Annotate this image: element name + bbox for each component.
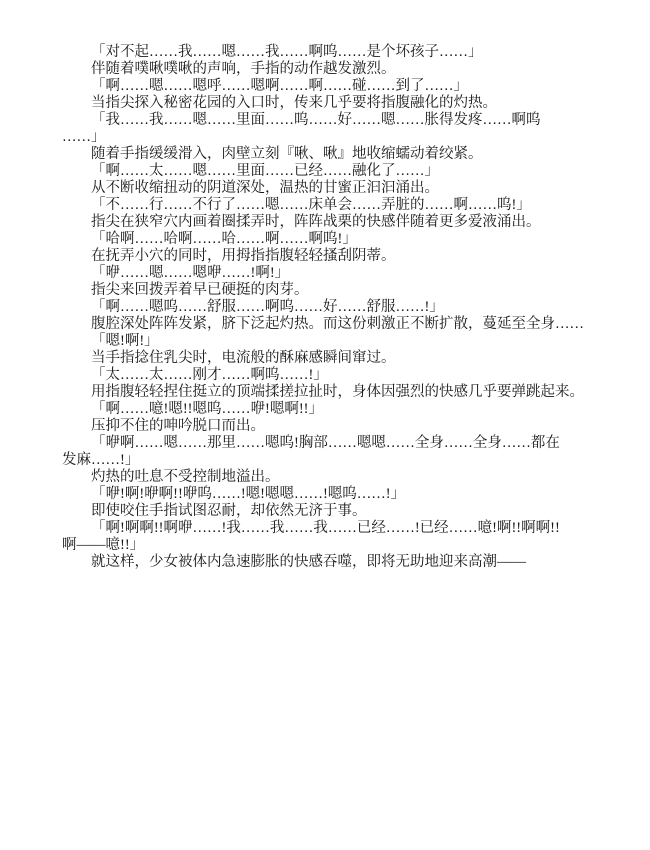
text-line: 从不断收缩扭动的阴道深处，温热的甘蜜正汩汩涌出。 — [62, 180, 592, 197]
text-line: 「我……我……嗯……里面……呜……好……嗯……胀得发疼……啊呜 — [62, 112, 592, 129]
document-page: 「对不起……我……嗯……我……啊呜……是个坏孩子……」伴随着噗啾噗啾的声响，手指… — [0, 0, 650, 850]
text-line: 伴随着噗啾噗啾的声响，手指的动作越发激烈。 — [62, 61, 592, 78]
text-line: 「对不起……我……嗯……我……啊呜……是个坏孩子……」 — [62, 44, 592, 61]
text-line: ……」 — [62, 129, 592, 146]
novel-text-block: 「对不起……我……嗯……我……啊呜……是个坏孩子……」伴随着噗啾噗啾的声响，手指… — [62, 44, 592, 571]
text-line: 当指尖探入秘密花园的入口时，传来几乎要将指腹融化的灼热。 — [62, 95, 592, 112]
text-line: 「咿!啊!咿啊!!咿呜……!嗯!嗯嗯……!嗯呜……!」 — [62, 486, 592, 503]
text-line: 指尖来回拨弄着早已硬挺的肉芽。 — [62, 282, 592, 299]
text-line: 「太……太……刚才……啊呜……!」 — [62, 367, 592, 384]
text-line: 「不……行……不行了……嗯……床单会……弄脏的……啊……呜!」 — [62, 197, 592, 214]
text-line: 发麻……!」 — [62, 452, 592, 469]
text-line: 用指腹轻轻捏住挺立的顶端揉搓拉扯时，身体因强烈的快感几乎要弹跳起来。 — [62, 384, 592, 401]
text-line: 压抑不住的呻吟脱口而出。 — [62, 418, 592, 435]
text-line: 啊——噫!!」 — [62, 537, 592, 554]
text-line: 当手指捻住乳尖时，电流般的酥麻感瞬间窜过。 — [62, 350, 592, 367]
text-line: 「啊……太……嗯……里面……已经……融化了……」 — [62, 163, 592, 180]
text-line: 就这样，少女被体内急速膨胀的快感吞噬，即将无助地迎来高潮—— — [62, 554, 592, 571]
text-line: 在抚弄小穴的同时，用拇指指腹轻轻搔刮阴蒂。 — [62, 248, 592, 265]
text-line: 「咿……嗯……嗯咿……!啊!」 — [62, 265, 592, 282]
text-line: 「啊……嗯……嗯呼……嗯啊……啊……碰……到了……」 — [62, 78, 592, 95]
text-line: 即使咬住手指试图忍耐，却依然无济于事。 — [62, 503, 592, 520]
text-line: 「啊!啊啊!!啊咿……!我……我……我……已经……!已经……噫!啊!!啊啊!! — [62, 520, 592, 537]
text-line: 「咿啊……嗯……那里……嗯呜!胸部……嗯嗯……全身……全身……都在 — [62, 435, 592, 452]
text-line: 「啊……噫!嗯!!嗯呜……咿!嗯啊!!」 — [62, 401, 592, 418]
text-line: 随着手指缓缓滑入，肉壁立刻『啾、啾』地收缩蠕动着绞紧。 — [62, 146, 592, 163]
text-line: 灼热的吐息不受控制地溢出。 — [62, 469, 592, 486]
text-line: 「嗯!啊!」 — [62, 333, 592, 350]
text-line: 腹腔深处阵阵发紧，脐下泛起灼热。而这份刺激正不断扩散，蔓延至全身…… — [62, 316, 592, 333]
text-line: 「哈啊……哈啊……哈……啊……啊呜!」 — [62, 231, 592, 248]
text-line: 指尖在狭窄穴内画着圈揉弄时，阵阵战栗的快感伴随着更多爱液涌出。 — [62, 214, 592, 231]
text-line: 「啊……嗯呜……舒服……啊呜……好……舒服……!」 — [62, 299, 592, 316]
